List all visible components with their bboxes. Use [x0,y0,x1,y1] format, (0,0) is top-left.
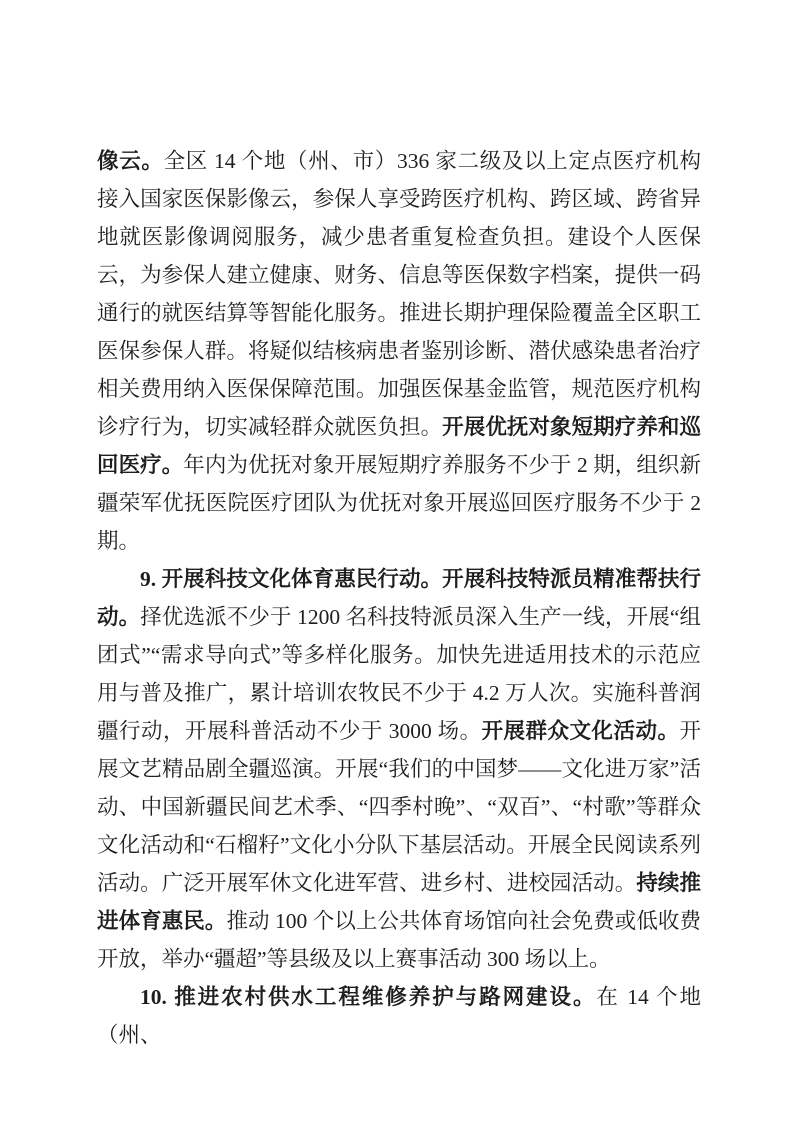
item-number-and-title: 9. 开展科技文化体育惠民行动。 [140,567,442,591]
paragraph-item-10: 10. 推进农村供水工程维修养护与路网建设。在 14 个地（州、 [97,978,701,1054]
paragraph-item-9: 9. 开展科技文化体育惠民行动。开展科技特派员精准帮扶行动。择优选派不少于 12… [97,560,701,978]
item-number-and-title: 10. 推进农村供水工程维修养护与路网建设。 [140,985,596,1009]
document-text-block: 像云。全区 14 个地（州、市）336 家二级及以上定点医疗机构接入国家医保影像… [97,142,701,1054]
document-page: 像云。全区 14 个地（州、市）336 家二级及以上定点医疗机构接入国家医保影像… [0,0,793,1122]
text-run: 全区 14 个地（州、市）336 家二级及以上定点医疗机构接入国家医保影像云，参… [97,149,701,439]
paragraph-medical-insurance: 像云。全区 14 个地（州、市）336 家二级及以上定点医疗机构接入国家医保影像… [97,142,701,560]
text-run-bold-heading: 像云。 [97,149,164,173]
text-run: 年内为优抚对象开展短期疗养服务不少于 2 期，组织新疆荣军优抚医院医疗团队为优抚… [97,453,701,553]
text-run-bold-heading: 开展群众文化活动。 [482,719,680,743]
text-run: 开展文艺精品剧全疆巡演。开展“我们的中国梦——文化进万家”活动、中国新疆民间艺术… [97,719,701,895]
